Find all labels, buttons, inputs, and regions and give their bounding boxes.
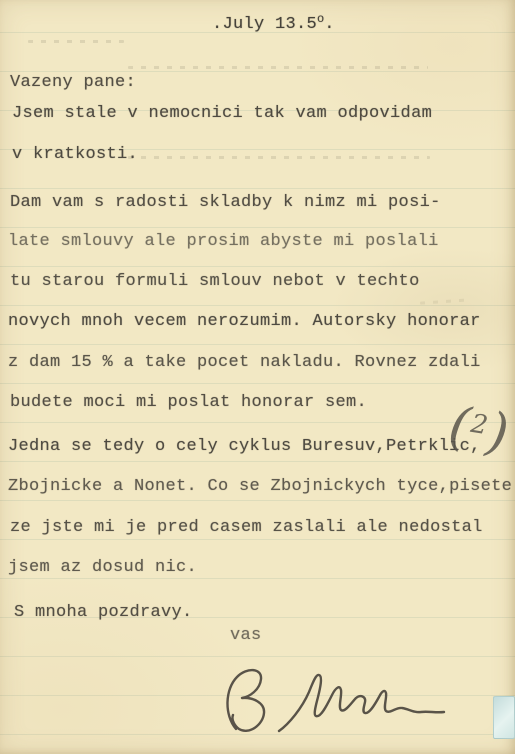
annotation-open-paren: ( xyxy=(445,400,473,455)
letter-page: .July 13.5o. Vazeny pane: Jsem stale v n… xyxy=(0,0,515,754)
closing-line: S mnoha pozdravy. xyxy=(14,603,193,623)
faded-ink-artifact xyxy=(28,40,124,43)
handwritten-annotation: (2) xyxy=(445,400,512,461)
date-line: .July 13.5o. xyxy=(212,9,335,35)
letter-line: tu starou formuli smlouv nebot v techto xyxy=(10,272,420,292)
annotation-digit: 2 xyxy=(469,411,489,439)
edge-tab-sticker xyxy=(493,696,515,739)
valediction: vas xyxy=(230,626,262,646)
faded-ink-artifact xyxy=(420,298,470,304)
letter-line: jsem az dosud nic. xyxy=(8,558,197,578)
letter-line: novych mnoh vecem nerozumim. Autorsky ho… xyxy=(8,312,481,332)
letter-line: ze jste mi je pred casem zaslali ale ned… xyxy=(10,518,483,538)
handwritten-signature xyxy=(215,645,465,754)
letter-line: v kratkosti. xyxy=(12,145,138,165)
signature-strokes xyxy=(215,645,465,754)
salutation: Vazeny pane: xyxy=(10,73,136,93)
faded-ink-artifact xyxy=(128,66,428,69)
letter-line: Zbojnicke a Nonet. Co se Zbojnickych tyc… xyxy=(8,477,512,497)
date-period: . xyxy=(324,15,335,34)
letter-line: Jsem stale v nemocnici tak vam odpovidam xyxy=(12,104,432,124)
date-text: .July 13.5 xyxy=(212,15,317,34)
faded-ink-artifact xyxy=(128,156,430,159)
letter-line: Dam vam s radosti skladby k nimz mi posi… xyxy=(10,193,441,213)
letter-line: late smlouvy ale prosim abyste mi poslal… xyxy=(8,232,439,252)
letter-line: budete moci mi poslat honorar sem. xyxy=(10,393,367,413)
letter-line: Jedna se tedy o cely cyklus Buresuv,Petr… xyxy=(8,437,481,457)
letter-line: z dam 15 % a take pocet nakladu. Rovnez … xyxy=(8,353,481,373)
